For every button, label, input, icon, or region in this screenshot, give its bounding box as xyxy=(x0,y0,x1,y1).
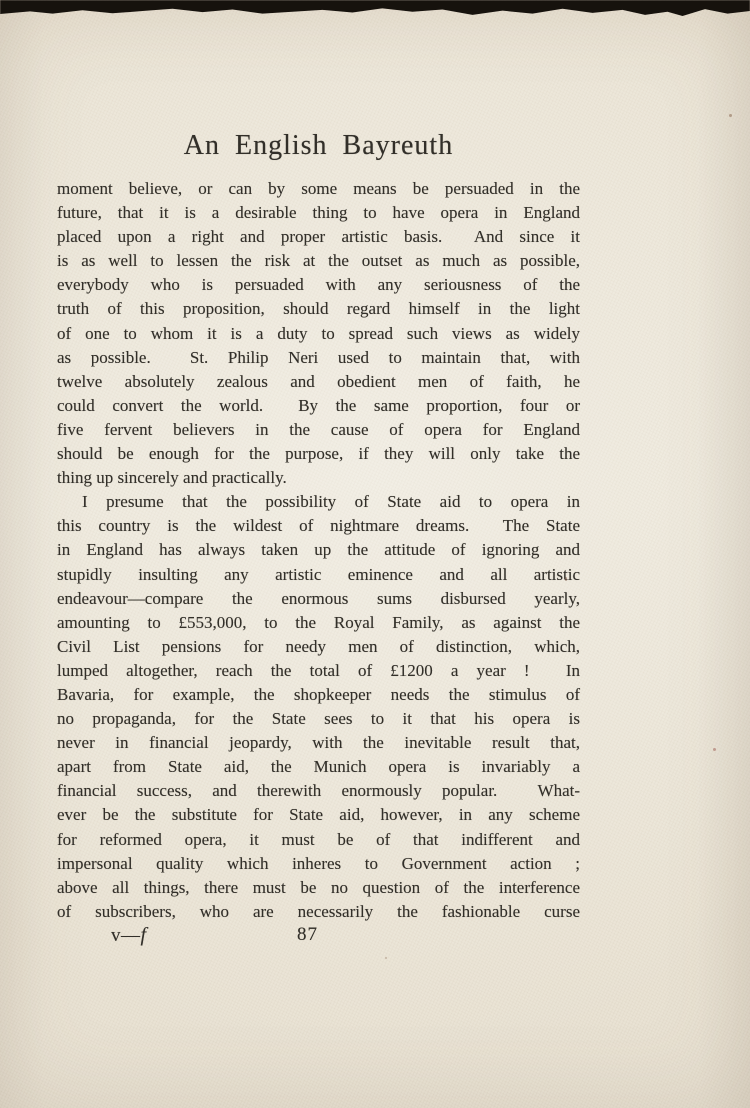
scan-edge-strip xyxy=(0,0,750,19)
text-line: Bavaria, for example, the shopkeeper nee… xyxy=(57,683,580,707)
signature-mark: v—f xyxy=(111,924,147,947)
text-line: I presume that the possibility of State … xyxy=(57,490,580,514)
text-line: endeavour—compare the enormous sums disb… xyxy=(57,587,580,611)
scanned-book-page: An English Bayreuth moment believe, or c… xyxy=(0,0,750,1108)
signature-italic-f: f xyxy=(141,924,147,946)
text-line: could convert the world. By the same pro… xyxy=(57,394,580,418)
paper-speck xyxy=(565,577,567,581)
paper-speck xyxy=(385,957,387,959)
text-line: of subscribers, who are necessarily the … xyxy=(57,900,580,924)
text-line: financial success, and therewith enormou… xyxy=(57,779,580,803)
text-line: stupidly insulting any artistic eminence… xyxy=(57,563,580,587)
body-text: moment believe, or can by some means be … xyxy=(57,177,580,924)
text-line: placed upon a right and proper artistic … xyxy=(57,225,580,249)
text-line: impersonal quality which inheres to Gove… xyxy=(57,852,580,876)
text-line: apart from State aid, the Munich opera i… xyxy=(57,755,580,779)
page-footer: v—f 87 xyxy=(57,924,580,952)
text-line: ever be the substitute for State aid, ho… xyxy=(57,803,580,827)
text-line: should be enough for the purpose, if the… xyxy=(57,442,580,466)
text-line: no propaganda, for the State sees to it … xyxy=(57,707,580,731)
text-line: Civil List pensions for needy men of dis… xyxy=(57,635,580,659)
text-line: moment believe, or can by some means be … xyxy=(57,177,580,201)
text-line: five fervent believers in the cause of o… xyxy=(57,418,580,442)
text-line: never in financial jeopardy, with the in… xyxy=(57,731,580,755)
text-line: this country is the wildest of nightmare… xyxy=(57,514,580,538)
text-line: for reformed opera, it must be of that i… xyxy=(57,828,580,852)
signature-roman: v— xyxy=(111,925,141,946)
paper-speck xyxy=(713,748,716,751)
text-line: amounting to £553,000, to the Royal Fami… xyxy=(57,611,580,635)
text-line: everybody who is persuaded with any seri… xyxy=(57,273,580,297)
text-line: is as well to lessen the risk at the out… xyxy=(57,249,580,273)
text-line: truth of this proposition, should regard… xyxy=(57,297,580,321)
text-line: thing up sincerely and practically. xyxy=(57,466,580,490)
page-number: 87 xyxy=(297,924,318,946)
text-line: above all things, there must be no quest… xyxy=(57,876,580,900)
text-line: future, that it is a desirable thing to … xyxy=(57,201,580,225)
text-line: twelve absolutely zealous and obedient m… xyxy=(57,370,580,394)
paper-speck xyxy=(729,114,732,117)
text-line: of one to whom it is a duty to spread su… xyxy=(57,322,580,346)
text-line: lumped altogether, reach the total of £1… xyxy=(57,659,580,683)
text-line: in England has always taken up the attit… xyxy=(57,538,580,562)
page-title: An English Bayreuth xyxy=(57,130,580,162)
text-line: as possible. St. Philip Neri used to mai… xyxy=(57,346,580,370)
